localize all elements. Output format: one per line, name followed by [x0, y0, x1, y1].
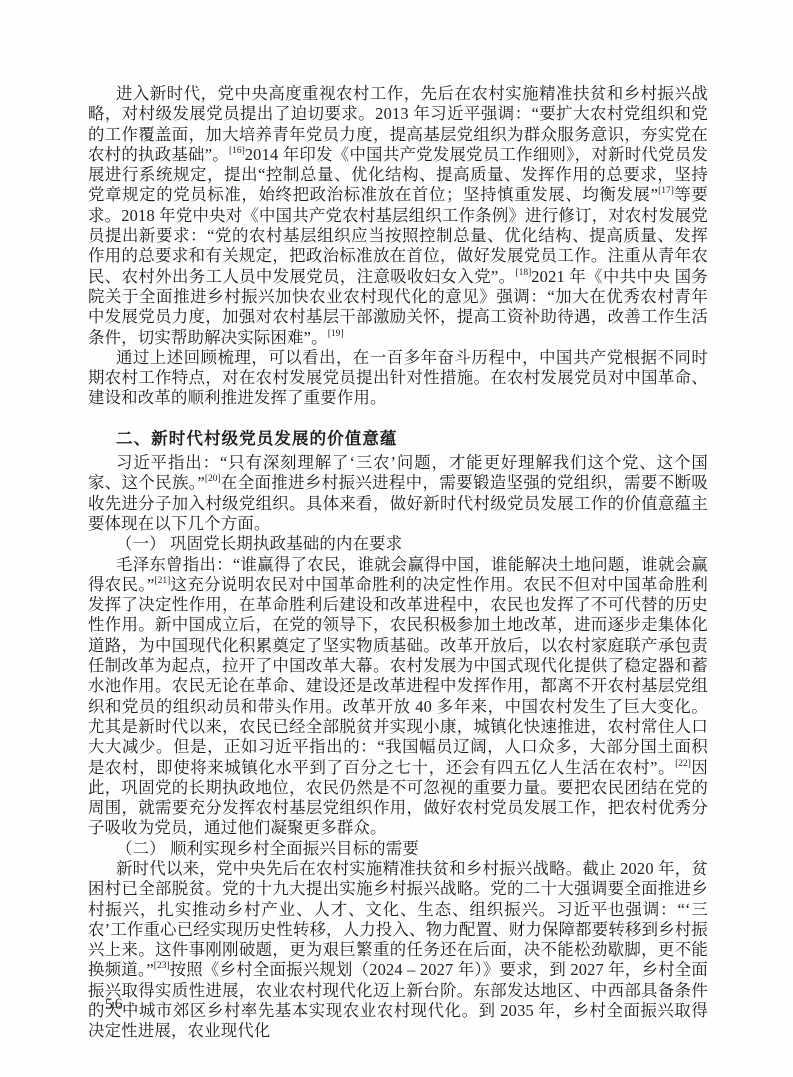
paper-page: 进入新时代，党中央高度重视农村工作，先后在农村实施精准扶贫和乡村振兴战略，对村级… [0, 0, 793, 1077]
page-number: · 56 · [92, 996, 138, 1014]
subsection-heading: （二） 顺利实现乡村全面振兴目标的需要 [88, 839, 708, 859]
citation-ref: [23] [154, 961, 170, 971]
paragraph: 进入新时代，党中央高度重视农村工作，先后在农村实施精准扶贫和乡村振兴战略，对村级… [88, 84, 708, 348]
paragraph: 新时代以来，党中央先后在农村实施精准扶贫和乡村振兴战略。截止 2020 年，贫困… [88, 859, 708, 1042]
citation-ref: [22] [675, 759, 691, 769]
paragraph: 通过上述回顾梳理，可以看出，在一百多年奋斗历程中，中国共产党根据不同时期农村工作… [88, 348, 708, 409]
section-heading: 二、新时代村级党员发展的价值意蕴 [88, 429, 708, 449]
text-column: 进入新时代，党中央高度重视农村工作，先后在农村实施精准扶贫和乡村振兴战略，对村级… [88, 84, 708, 1042]
citation-ref: [20] [205, 474, 221, 484]
citation-ref: [16] [229, 146, 245, 156]
citation-ref: [17] [658, 186, 674, 196]
citation-ref: [19] [328, 329, 344, 339]
paragraph: 习近平指出：“只有深刻理解了‘三农’问题，才能更好理解我们这个党、这个国家、这个… [88, 453, 708, 534]
citation-ref: [18] [515, 268, 531, 278]
paragraph: 毛泽东曾指出：“谁赢得了农民，谁就会赢得中国，谁能解决土地问题，谁就会赢得农民。… [88, 555, 708, 839]
subsection-heading: （一） 巩固党长期执政基础的内在要求 [88, 534, 708, 554]
citation-ref: [21] [154, 576, 170, 586]
